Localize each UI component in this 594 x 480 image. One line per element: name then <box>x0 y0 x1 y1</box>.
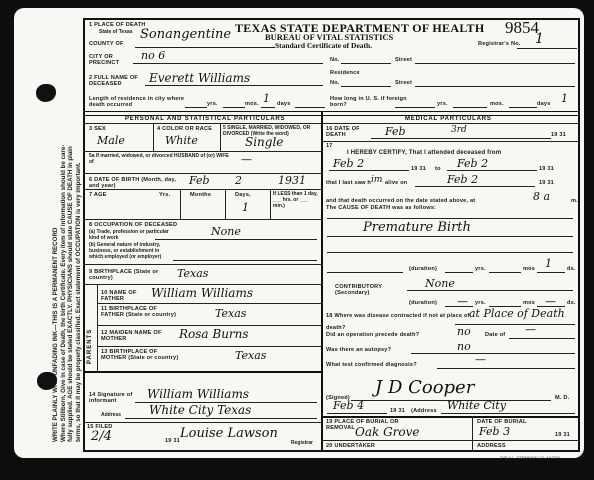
undertaker-label: 20 UNDERTAKER <box>326 443 375 449</box>
mother-birthplace-label: 13 BIRTHPLACE OF MOTHER (State or countr… <box>101 349 181 361</box>
death-day-value: 3rd <box>451 124 467 136</box>
duration-yrs-label: yrs. <box>475 266 486 272</box>
burial-place-value: Oak Grove <box>355 426 420 438</box>
margin-instructions: WRITE PLAINLY WITH UNFADING INK—THIS IS … <box>52 2 82 442</box>
disease-contracted-value: at Place of Death <box>469 308 565 320</box>
sex-value: Male <box>97 135 125 147</box>
mother-name-value: Rosa Burns <box>179 328 249 340</box>
color-value: White <box>165 135 198 147</box>
age-label: 7 AGE <box>89 192 107 198</box>
us-yrs-label: yrs. <box>437 101 448 107</box>
certify-text: I HEREBY CERTIFY, That I attended deceas… <box>347 150 501 156</box>
dob-year-value: 1931 <box>278 175 306 187</box>
filed-year-value: 19 31 <box>165 438 180 444</box>
death-certificate-form: 1 PLACE OF DEATH State of Texas COUNTY O… <box>83 18 580 452</box>
item-17-label: 17 <box>326 143 333 149</box>
trade-value: None <box>211 226 241 238</box>
precinct-value: no 6 <box>141 50 165 62</box>
duration2-yrs-label: yrs. <box>475 300 486 306</box>
death-time-value: 8 a <box>533 191 550 203</box>
autopsy-value: no <box>457 341 471 353</box>
m-label: m. <box>571 198 578 204</box>
street-label: Street <box>395 57 412 63</box>
death-month-value: Feb <box>385 126 406 138</box>
age-yrs-label: Yrs. <box>159 192 170 198</box>
age-less-label: If LESS than 1 day, ___ hrs. or ___ min.… <box>273 191 321 209</box>
duration2-mos-label: mos <box>523 300 535 306</box>
industry-label: (b) General nature of industry, business… <box>89 242 173 260</box>
registrar-label: Registrar <box>291 440 313 446</box>
signed-date-value: Feb 4 <box>333 400 364 412</box>
state-label: State of Texas <box>99 29 133 35</box>
residence-no-label: No. <box>330 80 340 86</box>
mos-label: mos. <box>245 101 259 107</box>
informant-address-label: Address <box>101 412 121 418</box>
operation-date-label: Date of <box>485 332 505 338</box>
residence-mos-value: 1 <box>263 93 270 105</box>
age-days-label: Days, <box>235 192 251 198</box>
margin-line-3: fully supplied. AGE should be stated EXA… <box>67 2 75 442</box>
operation-date-value: — <box>525 324 536 336</box>
father-birthplace-label: 11 BIRTHPLACE OF FATHER (State or countr… <box>101 306 181 318</box>
us-days-value: 1 <box>561 93 568 105</box>
last-saw-date-value: Feb 2 <box>447 174 478 186</box>
father-name-value: William Williams <box>151 287 253 299</box>
burial-date-value: Feb 3 <box>479 426 510 438</box>
father-name-label: 10 NAME OF FATHER <box>101 290 151 302</box>
county-value: Sonangentine <box>140 29 231 41</box>
birthplace-value: Texas <box>177 268 208 280</box>
personal-section-header: PERSONAL AND STATISTICAL PARTICULARS <box>125 116 285 122</box>
spouse-label: 5a If married, widowed, or divorced HUSB… <box>89 153 229 165</box>
place-of-death-label: 1 PLACE OF DEATH <box>89 22 146 28</box>
margin-line-4: terms, so that it may be properly classi… <box>75 2 83 442</box>
dob-label: 6 DATE OF BIRTH (Month, day, and year) <box>89 177 179 189</box>
contributory-label: CONTRIBUTORY (Secondary) <box>335 284 405 296</box>
operation-label: Did an operation precede death? <box>326 332 419 338</box>
dob-month-value: Feb <box>189 175 210 187</box>
to-label: to <box>435 166 441 172</box>
days-label: days <box>277 101 291 107</box>
physician-address-value: White City <box>447 400 506 412</box>
residence-length-label: Length of residence in city where death … <box>89 96 199 108</box>
age-days-value: 1 <box>242 202 249 214</box>
sex-label: 3 SEX <box>89 126 106 132</box>
county-label: COUNTY OF <box>89 41 124 47</box>
informant-label: 14 Signature of informant <box>89 392 137 404</box>
printer-imprint: THE A.L. STEPHENS CO. AUSTIN <box>500 456 560 460</box>
dob-day-value: 2 <box>235 175 242 187</box>
color-label: 4 COLOR OR RACE <box>157 126 212 132</box>
physician-signature: J D Cooper <box>375 378 474 398</box>
us-days-label: days <box>537 101 551 107</box>
attended-from-value: Feb 2 <box>333 158 364 170</box>
age-months-label: Months <box>190 192 211 198</box>
duration-ds-label: ds. <box>567 266 576 272</box>
certificate-number: 9854 <box>505 18 539 38</box>
contributory-value: None <box>425 278 455 290</box>
autopsy-label: Was there an autopsy? <box>326 347 391 353</box>
attended-to-year: 19 31 <box>539 166 554 172</box>
alive-on-label: alive on <box>385 180 407 186</box>
cause-of-death-value: Premature Birth <box>363 222 471 234</box>
birthplace-label: 9 BIRTHPLACE (State or country) <box>89 269 159 281</box>
no-label: No. <box>330 57 340 63</box>
last-saw-year-value: 19 31 <box>539 180 554 186</box>
attended-to-value: Feb 2 <box>457 158 488 170</box>
last-saw-label: that I last saw h <box>326 180 371 186</box>
marital-status-value: Single <box>245 136 283 148</box>
duration-mos-label: mos <box>523 266 535 272</box>
duration2-label: (duration) <box>409 300 437 306</box>
test-diagnosis-value: — <box>475 354 486 366</box>
mother-name-label: 12 MAIDEN NAME OF MOTHER <box>101 330 173 342</box>
attended-from-year: 19 31 <box>411 166 426 172</box>
city-precinct-label: CITY OR PRECINCT <box>89 54 133 66</box>
full-name-label: 2 FULL NAME OF DECEASED <box>89 75 149 87</box>
us-mos-label: mos. <box>490 101 504 107</box>
operation-value: no <box>457 326 471 338</box>
signed-year-value: 19 31 <box>390 408 405 414</box>
duration-mos-value: 1 <box>545 258 552 270</box>
full-name-value: Everett Williams <box>149 72 250 84</box>
death-year-value: 19 31 <box>551 132 566 138</box>
informant-address-value: White City Texas <box>149 404 251 416</box>
undertaker-address-label: ADDRESS <box>477 443 506 449</box>
yrs-label: yrs. <box>207 101 218 107</box>
form-title: Standard Certificate of Death. <box>275 41 372 50</box>
informant-value: William Williams <box>147 388 249 400</box>
physician-address-label: (Address <box>411 408 437 414</box>
registrar-signature: Louise Lawson <box>180 428 278 440</box>
registrar-no-label: Registrar's No. <box>478 41 521 47</box>
registrar-no-value: 1 <box>535 33 544 45</box>
spouse-value: — <box>241 154 252 166</box>
medical-section-header: MEDICAL PARTICULARS <box>405 116 492 122</box>
test-diagnosis-label: What test confirmed diagnosis? <box>326 362 417 368</box>
father-birthplace-value: Texas <box>215 308 246 320</box>
duration2-ds-label: ds. <box>567 300 576 306</box>
parents-section-label: PARENTS <box>87 329 93 364</box>
filed-date-value: 2/4 <box>91 431 112 443</box>
residence-label: Residence <box>330 70 360 76</box>
occupation-label: 8 OCCUPATION OF DECEASED <box>89 222 177 228</box>
burial-year-value: 19 31 <box>555 432 570 438</box>
duration-label: (duration) <box>409 266 437 272</box>
date-of-death-label: 16 DATE OF DEATH <box>326 126 370 138</box>
cause-of-death-label: The CAUSE OF DEATH was as follows: <box>326 205 436 211</box>
md-label: M. D. <box>555 395 569 401</box>
residence-street-label: Street <box>395 80 412 86</box>
margin-line-2: Where Stillborn, Give in case of Death, … <box>60 2 68 442</box>
death-time-label: and that death occurred on the date stat… <box>326 198 475 204</box>
last-saw-him-value: im <box>371 174 382 186</box>
mother-birthplace-value: Texas <box>235 350 266 362</box>
